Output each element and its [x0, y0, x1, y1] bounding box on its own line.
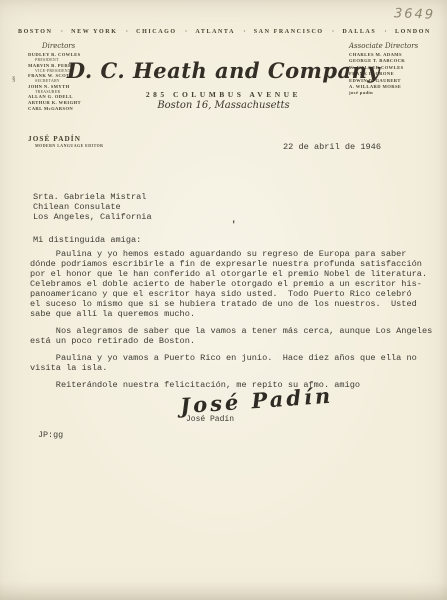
letter-body: Paulina y yo hemos estado aguardando su …: [30, 249, 442, 397]
separator-dot: ·: [243, 29, 245, 35]
directors-title: Directors: [42, 42, 118, 50]
separator-dot: ·: [126, 29, 128, 35]
typed-signature-name: José Padín: [186, 415, 234, 424]
city-london: LONDON: [395, 29, 431, 35]
city-dallas: DALLAS: [342, 29, 376, 35]
sender-name: JOSÉ PADÍN: [28, 135, 81, 143]
sender-title: MODERN LANGUAGE EDITOR: [35, 144, 103, 148]
recipient-address-block: Srta. Gabriela Mistral Chilean Consulate…: [33, 192, 152, 222]
body-paragraph-3: Paulina y yo vamos a Puerto Rico en juni…: [30, 353, 442, 373]
date-line: 22 de abril de 1946: [283, 142, 381, 152]
city-new-york: NEW YORK: [71, 29, 117, 35]
separator-dot: ·: [385, 29, 387, 35]
company-street-address: 285 COLUMBUS AVENUE: [0, 90, 447, 99]
archive-number-pencil: 3649: [394, 6, 436, 22]
separator-dot: ·: [332, 29, 334, 35]
company-city-line: Boston 16, Massachusetts: [0, 100, 447, 111]
letterhead-cities-row: BOSTON · NEW YORK · CHICAGO · ATLANTA · …: [18, 29, 431, 35]
recipient-city: Los Angeles, California: [33, 212, 152, 222]
recipient-name: Srta. Gabriela Mistral: [33, 192, 152, 202]
recipient-org: Chilean Consulate: [33, 202, 152, 212]
separator-dot: ·: [61, 29, 63, 35]
company-name: D. C. Heath and Company: [0, 58, 447, 83]
separator-dot: ·: [185, 29, 187, 35]
salutation: Mi distinguida amiga:: [33, 235, 141, 245]
stray-ink-mark: ': [231, 220, 236, 230]
city-san-francisco: SAN FRANCISCO: [254, 29, 324, 35]
associate-directors-title: Associate Directors: [349, 42, 435, 50]
body-paragraph-2: Nos alegramos de saber que la vamos a te…: [30, 326, 442, 346]
scanned-letter-page: 3649 BOSTON · NEW YORK · CHICAGO · ATLAN…: [0, 0, 447, 600]
city-boston: BOSTON: [18, 29, 53, 35]
city-chicago: CHICAGO: [136, 29, 177, 35]
city-atlanta: ATLANTA: [195, 29, 235, 35]
typist-initials: JP:gg: [38, 430, 63, 440]
body-paragraph-1: Paulina y yo hemos estado aguardando su …: [30, 249, 442, 319]
